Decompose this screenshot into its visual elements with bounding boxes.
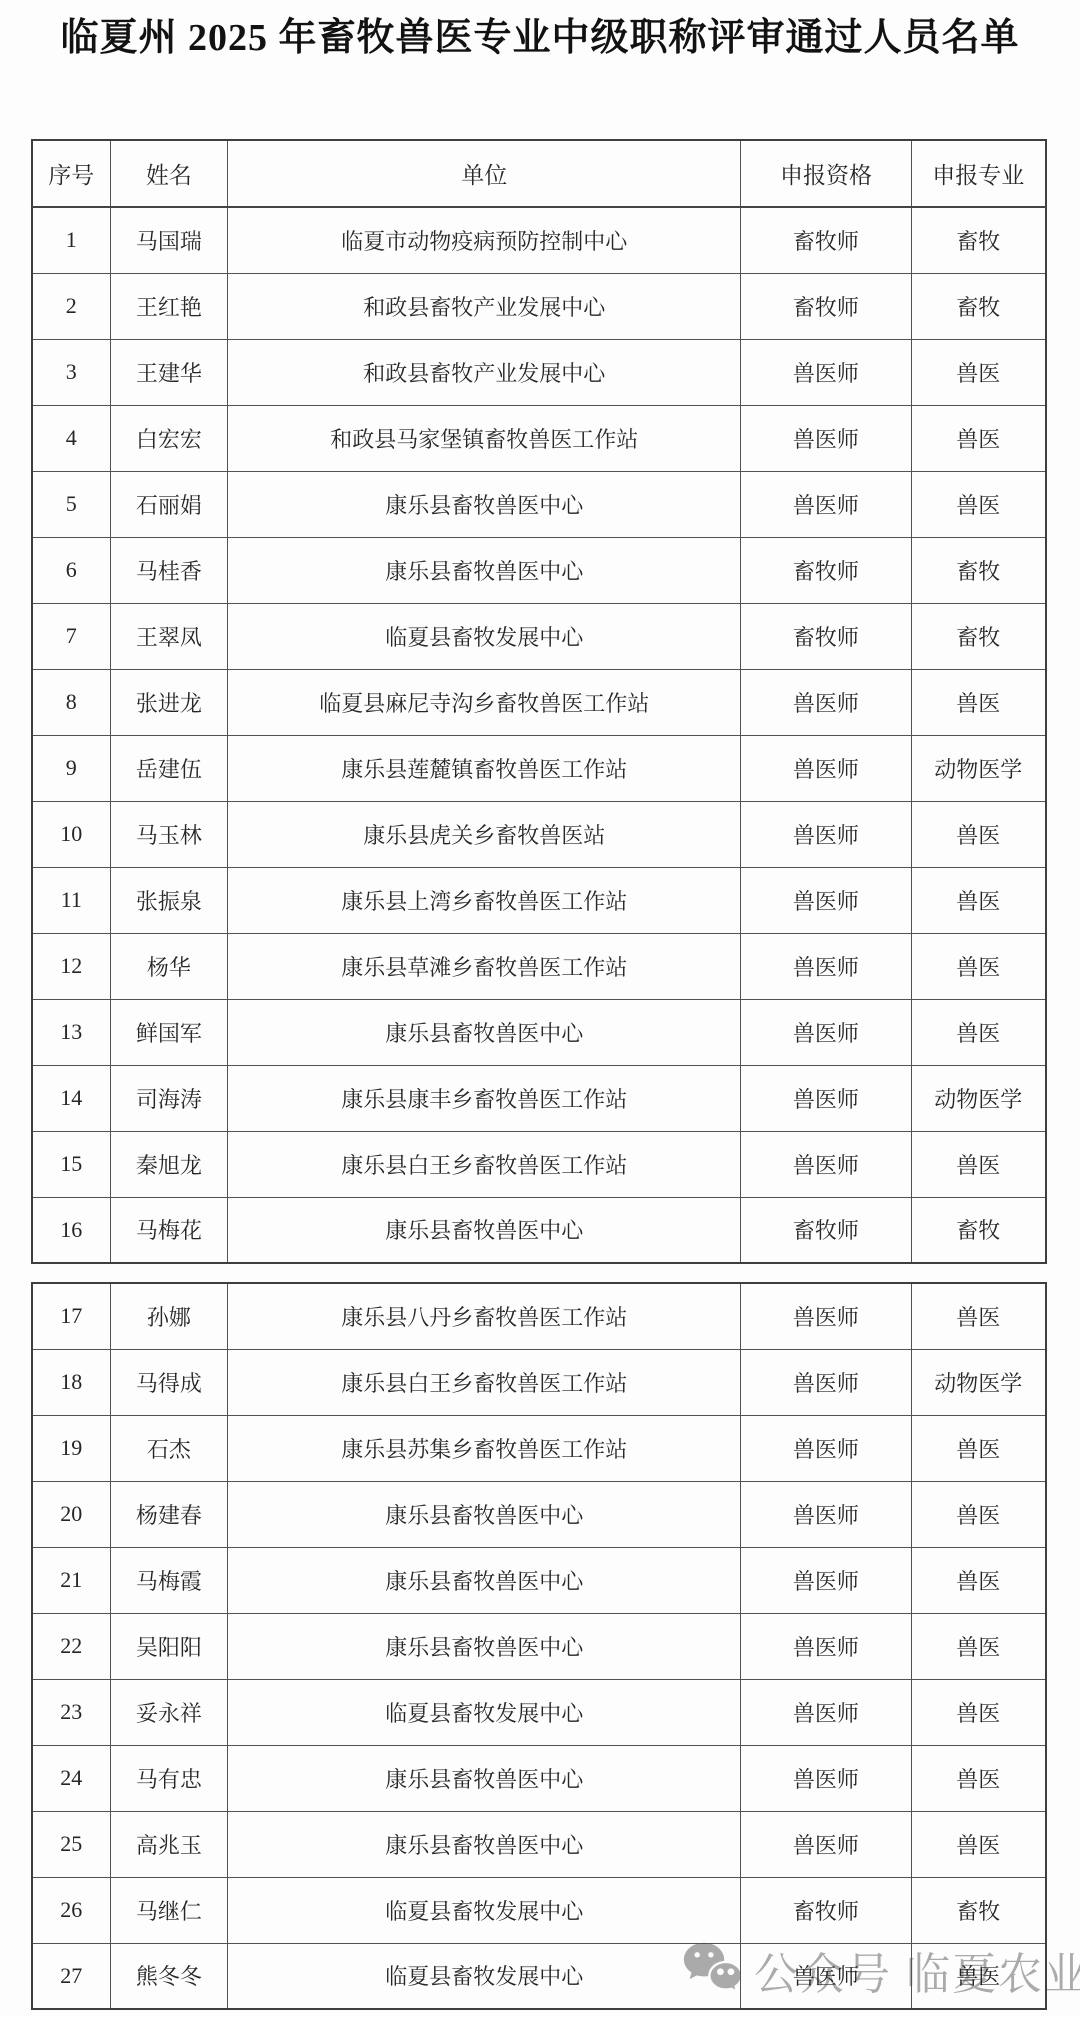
cell-no: 20: [32, 1481, 110, 1547]
cell-unit: 临夏县畜牧发展中心: [228, 1679, 741, 1745]
cell-qualification: 兽医师: [741, 1131, 911, 1197]
cell-qualification: 兽医师: [741, 1481, 911, 1547]
table-row: 27熊冬冬临夏县畜牧发展中心兽医师兽医: [32, 1943, 1046, 2009]
cell-unit: 康乐县上湾乡畜牧兽医工作站: [228, 867, 741, 933]
cell-no: 27: [32, 1943, 110, 2009]
cell-unit: 和政县畜牧产业发展中心: [228, 339, 741, 405]
cell-qualification: 兽医师: [741, 1547, 911, 1613]
cell-unit: 康乐县虎关乡畜牧兽医站: [228, 801, 741, 867]
cell-name: 马玉林: [110, 801, 228, 867]
cell-qualification: 兽医师: [741, 1065, 911, 1131]
cell-name: 马桂香: [110, 537, 228, 603]
table-row: 5石丽娟康乐县畜牧兽医中心兽医师兽医: [32, 471, 1046, 537]
cell-no: 8: [32, 669, 110, 735]
cell-major: 兽医: [911, 1283, 1046, 1349]
cell-unit: 康乐县苏集乡畜牧兽医工作站: [228, 1415, 741, 1481]
cell-name: 王翠凤: [110, 603, 228, 669]
cell-qualification: 兽医师: [741, 1349, 911, 1415]
cell-name: 马继仁: [110, 1877, 228, 1943]
column-header-major: 申报专业: [911, 140, 1046, 207]
cell-name: 熊冬冬: [110, 1943, 228, 2009]
table-row: 12杨华康乐县草滩乡畜牧兽医工作站兽医师兽医: [32, 933, 1046, 999]
cell-no: 26: [32, 1877, 110, 1943]
cell-name: 妥永祥: [110, 1679, 228, 1745]
cell-name: 王建华: [110, 339, 228, 405]
cell-major: 畜牧: [911, 1877, 1046, 1943]
cell-major: 畜牧: [911, 537, 1046, 603]
table-row: 7王翠凤临夏县畜牧发展中心畜牧师畜牧: [32, 603, 1046, 669]
table-row: 21马梅霞康乐县畜牧兽医中心兽医师兽医: [32, 1547, 1046, 1613]
table-row: 4白宏宏和政县马家堡镇畜牧兽医工作站兽医师兽医: [32, 405, 1046, 471]
table-row: 25高兆玉康乐县畜牧兽医中心兽医师兽医: [32, 1811, 1046, 1877]
cell-no: 25: [32, 1811, 110, 1877]
cell-no: 21: [32, 1547, 110, 1613]
table-row: 8张进龙临夏县麻尼寺沟乡畜牧兽医工作站兽医师兽医: [32, 669, 1046, 735]
cell-unit: 临夏市动物疫病预防控制中心: [228, 207, 741, 273]
cell-no: 6: [32, 537, 110, 603]
table-row: 24马有忠康乐县畜牧兽医中心兽医师兽医: [32, 1745, 1046, 1811]
cell-qualification: 兽医师: [741, 1613, 911, 1679]
table-row: 11张振泉康乐县上湾乡畜牧兽医工作站兽医师兽医: [32, 867, 1046, 933]
cell-no: 14: [32, 1065, 110, 1131]
cell-name: 秦旭龙: [110, 1131, 228, 1197]
cell-no: 9: [32, 735, 110, 801]
cell-unit: 康乐县白王乡畜牧兽医工作站: [228, 1131, 741, 1197]
cell-qualification: 兽医师: [741, 471, 911, 537]
cell-unit: 康乐县畜牧兽医中心: [228, 537, 741, 603]
cell-unit: 康乐县畜牧兽医中心: [228, 999, 741, 1065]
cell-no: 12: [32, 933, 110, 999]
table-row: 20杨建春康乐县畜牧兽医中心兽医师兽医: [32, 1481, 1046, 1547]
cell-major: 兽医: [911, 999, 1046, 1065]
cell-major: 兽医: [911, 1943, 1046, 2009]
cell-no: 17: [32, 1283, 110, 1349]
cell-name: 王红艳: [110, 273, 228, 339]
table-row: 17孙娜康乐县八丹乡畜牧兽医工作站兽医师兽医: [32, 1283, 1046, 1349]
cell-no: 1: [32, 207, 110, 273]
cell-major: 兽医: [911, 1131, 1046, 1197]
cell-no: 2: [32, 273, 110, 339]
cell-major: 兽医: [911, 471, 1046, 537]
table-row: 10马玉林康乐县虎关乡畜牧兽医站兽医师兽医: [32, 801, 1046, 867]
cell-unit: 和政县马家堡镇畜牧兽医工作站: [228, 405, 741, 471]
cell-name: 司海涛: [110, 1065, 228, 1131]
cell-no: 10: [32, 801, 110, 867]
cell-unit: 康乐县畜牧兽医中心: [228, 1481, 741, 1547]
cell-qualification: 畜牧师: [741, 603, 911, 669]
cell-qualification: 兽医师: [741, 1943, 911, 2009]
cell-qualification: 兽医师: [741, 1415, 911, 1481]
cell-no: 15: [32, 1131, 110, 1197]
cell-qualification: 兽医师: [741, 735, 911, 801]
cell-qualification: 兽医师: [741, 669, 911, 735]
cell-name: 马梅霞: [110, 1547, 228, 1613]
table-row: 18马得成康乐县白王乡畜牧兽医工作站兽医师动物医学: [32, 1349, 1046, 1415]
cell-unit: 临夏县畜牧发展中心: [228, 1877, 741, 1943]
cell-major: 畜牧: [911, 1197, 1046, 1263]
cell-unit: 康乐县草滩乡畜牧兽医工作站: [228, 933, 741, 999]
cell-qualification: 畜牧师: [741, 1877, 911, 1943]
cell-unit: 康乐县畜牧兽医中心: [228, 471, 741, 537]
cell-no: 22: [32, 1613, 110, 1679]
cell-major: 兽医: [911, 405, 1046, 471]
cell-name: 孙娜: [110, 1283, 228, 1349]
cell-qualification: 兽医师: [741, 1811, 911, 1877]
cell-qualification: 兽医师: [741, 867, 911, 933]
table-row: 14司海涛康乐县康丰乡畜牧兽医工作站兽医师动物医学: [32, 1065, 1046, 1131]
cell-qualification: 兽医师: [741, 339, 911, 405]
roster-table-page1: 序号 姓名 单位 申报资格 申报专业 1马国瑞临夏市动物疫病预防控制中心畜牧师畜…: [31, 139, 1047, 1264]
cell-qualification: 畜牧师: [741, 1197, 911, 1263]
cell-no: 24: [32, 1745, 110, 1811]
cell-major: 兽医: [911, 801, 1046, 867]
cell-no: 11: [32, 867, 110, 933]
cell-unit: 康乐县康丰乡畜牧兽医工作站: [228, 1065, 741, 1131]
cell-unit: 临夏县畜牧发展中心: [228, 603, 741, 669]
table-row: 15秦旭龙康乐县白王乡畜牧兽医工作站兽医师兽医: [32, 1131, 1046, 1197]
cell-no: 7: [32, 603, 110, 669]
cell-unit: 康乐县畜牧兽医中心: [228, 1811, 741, 1877]
cell-unit: 康乐县畜牧兽医中心: [228, 1547, 741, 1613]
cell-name: 岳建伍: [110, 735, 228, 801]
cell-no: 3: [32, 339, 110, 405]
cell-unit: 康乐县畜牧兽医中心: [228, 1745, 741, 1811]
cell-no: 19: [32, 1415, 110, 1481]
cell-major: 动物医学: [911, 1349, 1046, 1415]
cell-unit: 康乐县莲麓镇畜牧兽医工作站: [228, 735, 741, 801]
table-row: 26马继仁临夏县畜牧发展中心畜牧师畜牧: [32, 1877, 1046, 1943]
cell-name: 杨建春: [110, 1481, 228, 1547]
cell-no: 16: [32, 1197, 110, 1263]
cell-unit: 临夏县畜牧发展中心: [228, 1943, 741, 2009]
table-row: 16马梅花康乐县畜牧兽医中心畜牧师畜牧: [32, 1197, 1046, 1263]
cell-qualification: 兽医师: [741, 1283, 911, 1349]
cell-major: 兽医: [911, 1481, 1046, 1547]
cell-qualification: 兽医师: [741, 405, 911, 471]
cell-major: 兽医: [911, 339, 1046, 405]
table-row: 22吴阳阳康乐县畜牧兽医中心兽医师兽医: [32, 1613, 1046, 1679]
cell-qualification: 兽医师: [741, 801, 911, 867]
cell-major: 兽医: [911, 1613, 1046, 1679]
cell-name: 马得成: [110, 1349, 228, 1415]
table-row: 9岳建伍康乐县莲麓镇畜牧兽医工作站兽医师动物医学: [32, 735, 1046, 801]
cell-name: 鲜国军: [110, 999, 228, 1065]
cell-major: 动物医学: [911, 735, 1046, 801]
cell-major: 兽医: [911, 1679, 1046, 1745]
cell-major: 兽医: [911, 1811, 1046, 1877]
cell-major: 兽医: [911, 1745, 1046, 1811]
cell-unit: 康乐县畜牧兽医中心: [228, 1613, 741, 1679]
cell-major: 兽医: [911, 867, 1046, 933]
cell-qualification: 兽医师: [741, 933, 911, 999]
cell-major: 动物医学: [911, 1065, 1046, 1131]
cell-name: 高兆玉: [110, 1811, 228, 1877]
cell-name: 石杰: [110, 1415, 228, 1481]
cell-name: 马有忠: [110, 1745, 228, 1811]
cell-qualification: 兽医师: [741, 1679, 911, 1745]
cell-qualification: 畜牧师: [741, 207, 911, 273]
table-header-row: 序号 姓名 单位 申报资格 申报专业: [32, 140, 1046, 207]
cell-qualification: 畜牧师: [741, 537, 911, 603]
cell-qualification: 兽医师: [741, 999, 911, 1065]
cell-major: 畜牧: [911, 273, 1046, 339]
column-header-no: 序号: [32, 140, 110, 207]
cell-no: 13: [32, 999, 110, 1065]
cell-unit: 康乐县八丹乡畜牧兽医工作站: [228, 1283, 741, 1349]
table-row: 3王建华和政县畜牧产业发展中心兽医师兽医: [32, 339, 1046, 405]
cell-no: 18: [32, 1349, 110, 1415]
cell-name: 张振泉: [110, 867, 228, 933]
cell-major: 兽医: [911, 669, 1046, 735]
cell-no: 4: [32, 405, 110, 471]
cell-major: 兽医: [911, 1547, 1046, 1613]
cell-major: 兽医: [911, 1415, 1046, 1481]
cell-qualification: 畜牧师: [741, 273, 911, 339]
table-row: 13鲜国军康乐县畜牧兽医中心兽医师兽医: [32, 999, 1046, 1065]
cell-unit: 和政县畜牧产业发展中心: [228, 273, 741, 339]
table-row: 19石杰康乐县苏集乡畜牧兽医工作站兽医师兽医: [32, 1415, 1046, 1481]
cell-name: 石丽娟: [110, 471, 228, 537]
cell-unit: 康乐县畜牧兽医中心: [228, 1197, 741, 1263]
cell-unit: 临夏县麻尼寺沟乡畜牧兽医工作站: [228, 669, 741, 735]
cell-major: 兽医: [911, 933, 1046, 999]
column-header-unit: 单位: [228, 140, 741, 207]
cell-unit: 康乐县白王乡畜牧兽医工作站: [228, 1349, 741, 1415]
table-row: 23妥永祥临夏县畜牧发展中心兽医师兽医: [32, 1679, 1046, 1745]
table-row: 2王红艳和政县畜牧产业发展中心畜牧师畜牧: [32, 273, 1046, 339]
table-row: 1马国瑞临夏市动物疫病预防控制中心畜牧师畜牧: [32, 207, 1046, 273]
cell-major: 畜牧: [911, 207, 1046, 273]
cell-name: 吴阳阳: [110, 1613, 228, 1679]
column-header-qualification: 申报资格: [741, 140, 911, 207]
page-title: 临夏州 2025 年畜牧兽医专业中级职称评审通过人员名单: [0, 6, 1080, 61]
cell-major: 畜牧: [911, 603, 1046, 669]
cell-qualification: 兽医师: [741, 1745, 911, 1811]
column-header-name: 姓名: [110, 140, 228, 207]
cell-name: 张进龙: [110, 669, 228, 735]
roster-table-page2: 17孙娜康乐县八丹乡畜牧兽医工作站兽医师兽医18马得成康乐县白王乡畜牧兽医工作站…: [31, 1282, 1047, 2010]
cell-no: 5: [32, 471, 110, 537]
cell-name: 白宏宏: [110, 405, 228, 471]
cell-name: 马梅花: [110, 1197, 228, 1263]
cell-name: 马国瑞: [110, 207, 228, 273]
cell-no: 23: [32, 1679, 110, 1745]
cell-name: 杨华: [110, 933, 228, 999]
table-row: 6马桂香康乐县畜牧兽医中心畜牧师畜牧: [32, 537, 1046, 603]
